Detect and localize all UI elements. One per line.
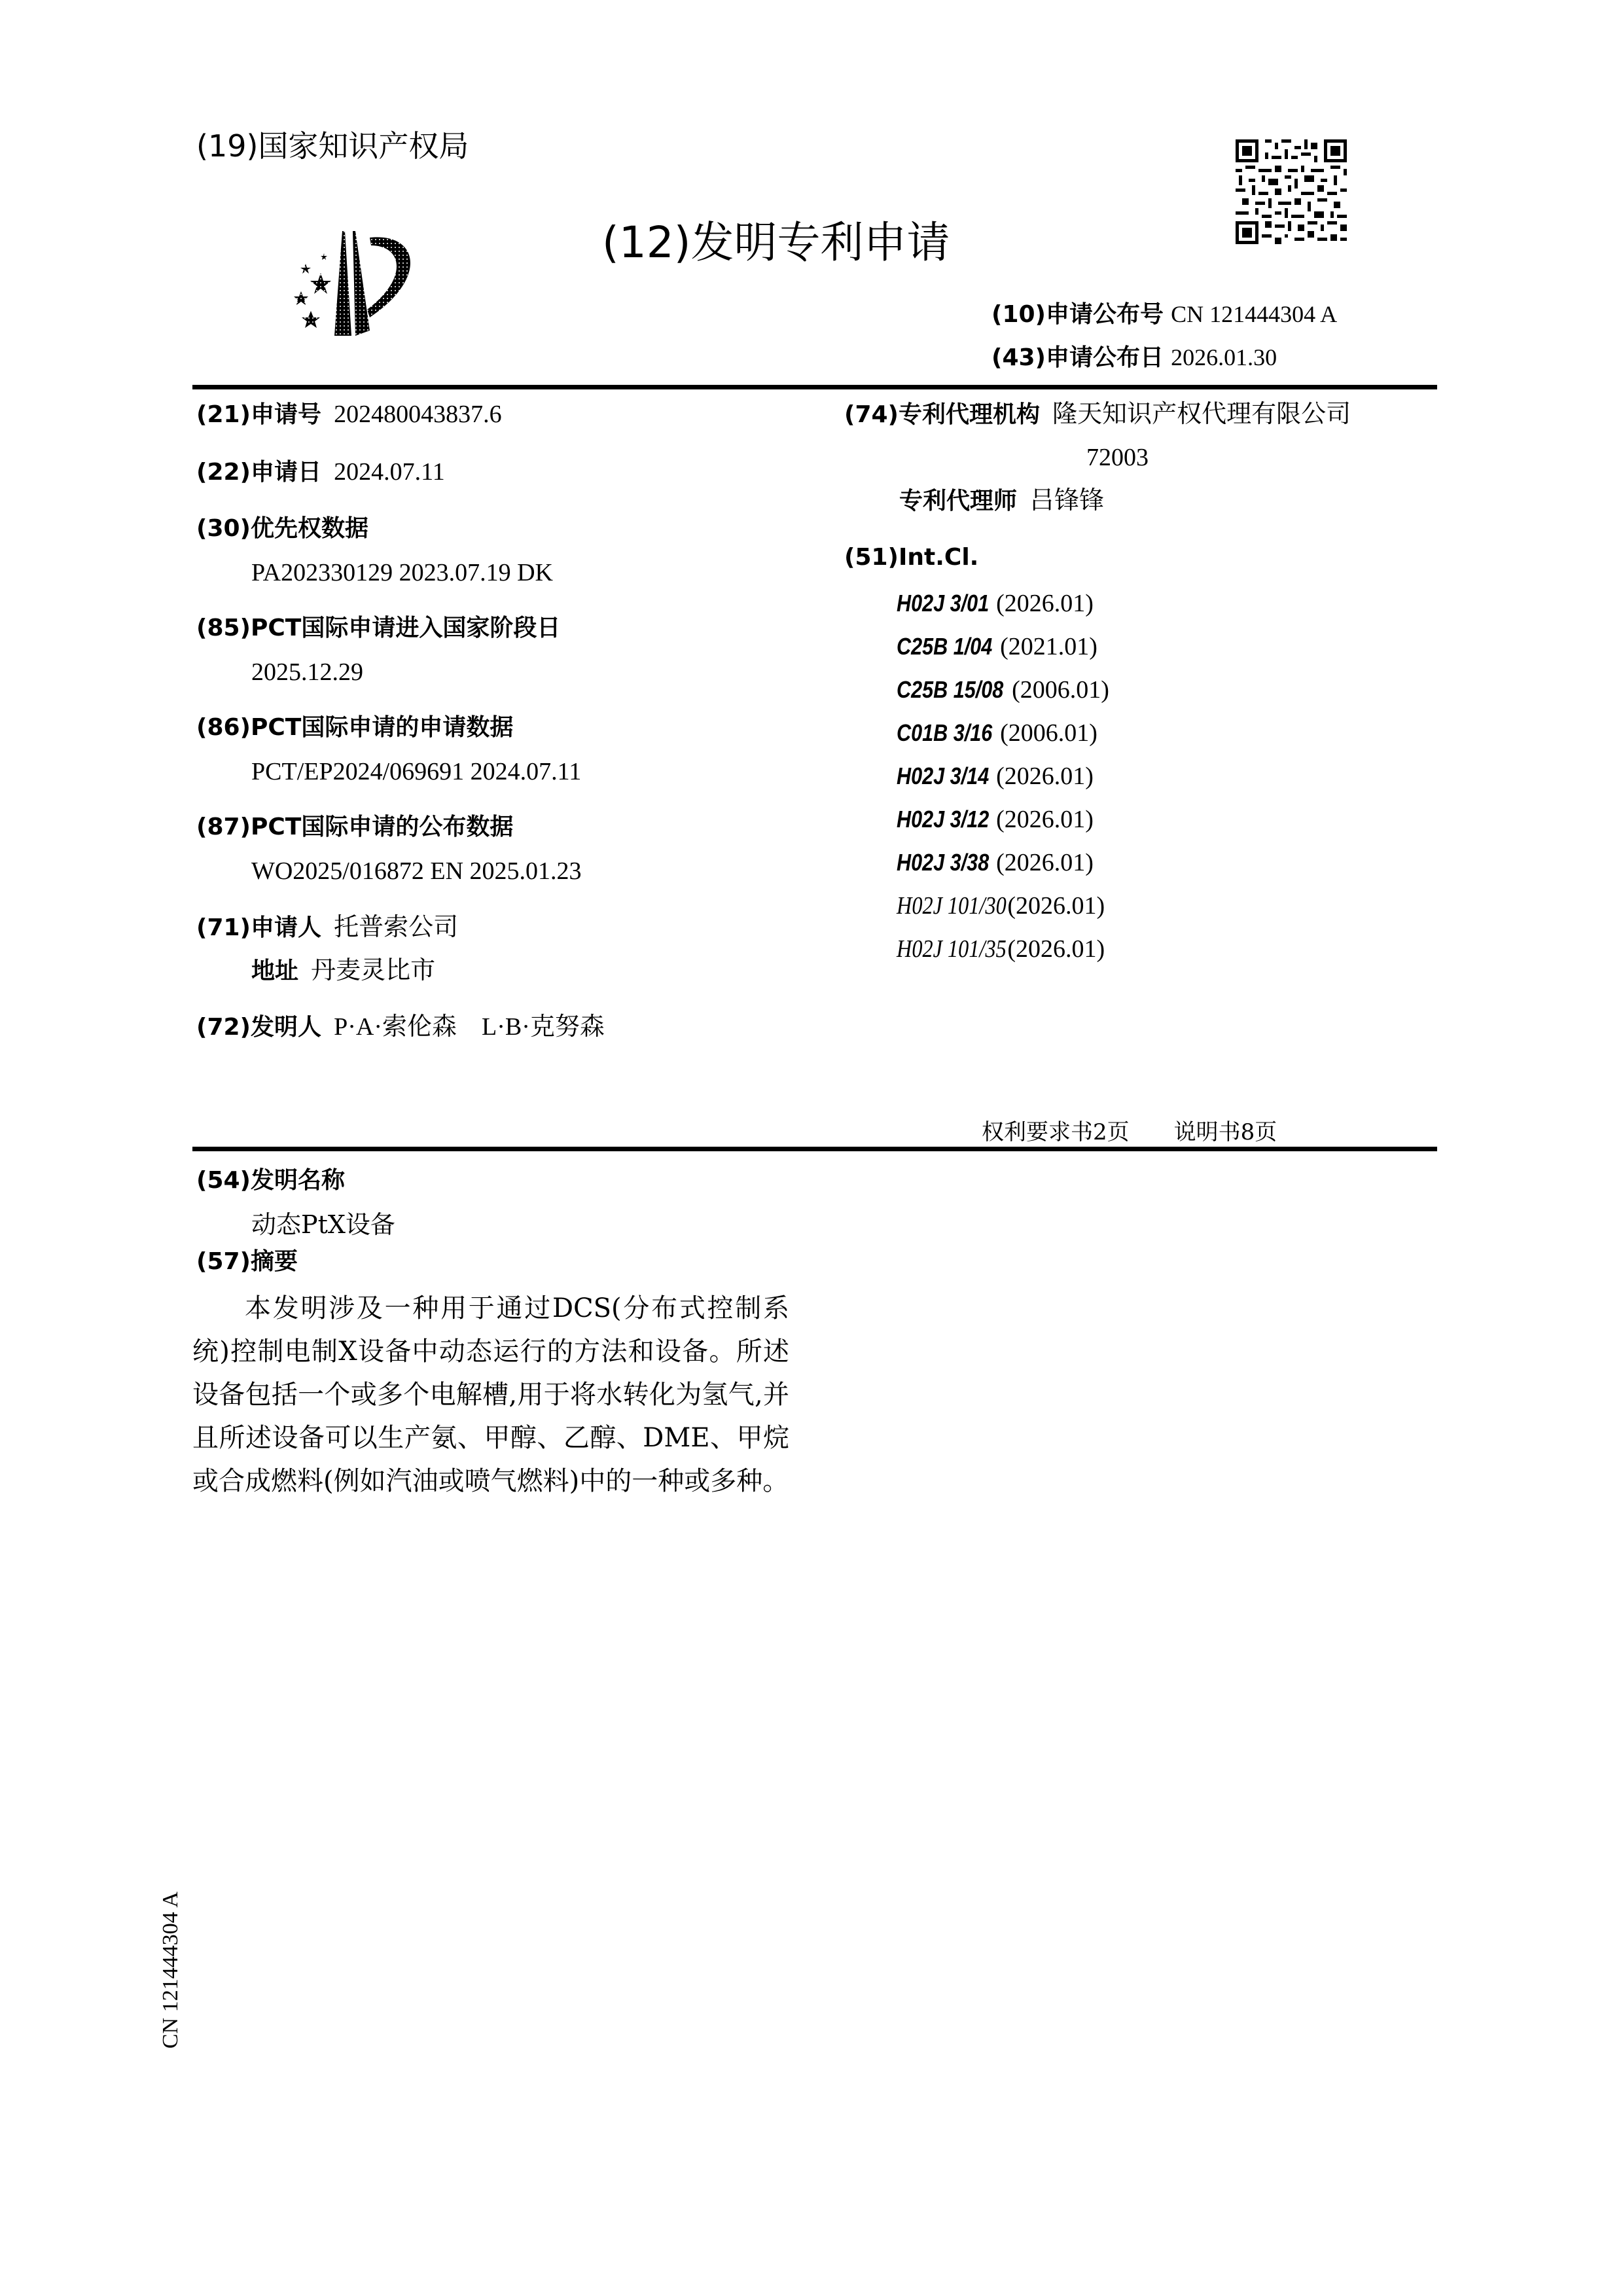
priority-label: (30)优先权数据 xyxy=(196,517,368,541)
ipc-version: (2026.01) xyxy=(1007,935,1105,963)
ipc-code: H02J 101/30 xyxy=(897,891,1007,920)
ipc-row: C01B 3/16(2006.01) xyxy=(897,719,1097,747)
agent-name: 吕锋锋 xyxy=(1029,487,1104,514)
publication-number-row: (10)申请公布号 CN 121444304 A xyxy=(991,302,1337,327)
priority-data: PA202330129 2023.07.19 DK xyxy=(251,560,553,585)
ipc-row: H02J 3/14(2026.01) xyxy=(897,762,1094,791)
ipc-code: H02J 3/38 xyxy=(897,849,989,876)
ipc-row: H02J 3/38(2026.01) xyxy=(897,848,1094,877)
agent-label: 专利代理师 xyxy=(899,488,1017,514)
ipc-row: H02J 101/35(2026.01) xyxy=(897,935,1105,963)
ipc-row: H02J 101/30(2026.01) xyxy=(897,891,1105,920)
filing-date: 2024.07.11 xyxy=(334,458,445,486)
ipc-code: C25B 1/04 xyxy=(897,633,992,660)
address-label: 地址 xyxy=(251,958,298,984)
publication-number: CN 121444304 A xyxy=(1171,301,1337,327)
ipc-code: H02J 101/35 xyxy=(897,935,1007,963)
agent-row: 专利代理师 吕锋锋 xyxy=(899,488,1104,513)
ipc-code: H02J 3/14 xyxy=(897,762,989,790)
applicant-name: 托普索公司 xyxy=(334,914,458,941)
ipc-version: (2026.01) xyxy=(996,806,1094,833)
filing-date-label: (22)申请日 xyxy=(196,459,321,486)
publication-number-label: (10)申请公布号 xyxy=(991,301,1164,328)
applicant-label: (71)申请人 xyxy=(196,914,321,941)
page-counts: 权利要求书2页 说明书8页 xyxy=(982,1114,1277,1146)
inventors-names: P·A·索伦森 L·B·克努森 xyxy=(334,1013,605,1041)
application-number-label: (21)申请号 xyxy=(196,401,321,428)
inventors-row: (72)发明人 P·A·索伦森 L·B·克努森 xyxy=(196,1014,605,1039)
ipc-label: (51)Int.Cl. xyxy=(844,546,978,569)
ipc-row: C25B 1/04(2021.01) xyxy=(897,632,1097,661)
ipc-version: (2006.01) xyxy=(1012,676,1109,704)
address-row: 地址 丹麦灵比市 xyxy=(251,958,435,983)
side-publication-number-text: CN 121444304 A xyxy=(158,1892,183,2049)
ipc-code: C25B 15/08 xyxy=(897,676,1003,704)
ipc-row: C25B 15/08(2006.01) xyxy=(897,675,1109,704)
agency-code: 72003 xyxy=(1086,445,1149,470)
pct-publication-label: (87)PCT国际申请的公布数据 xyxy=(196,816,513,839)
application-number: 202480043837.6 xyxy=(334,401,502,428)
side-publication-number: CN 121444304 A xyxy=(158,1826,185,2049)
office-name: (19)国家知识产权局 xyxy=(196,131,469,161)
filing-date-row: (22)申请日 2024.07.11 xyxy=(196,459,445,484)
abstract-text: 本发明涉及一种用于通过DCS(分布式控制系统)控制电制X设备中动态运行的方法和设… xyxy=(192,1287,789,1503)
publication-date-label: (43)申请公布日 xyxy=(991,344,1164,371)
qr-code-icon[interactable] xyxy=(1236,139,1347,244)
bottom-divider xyxy=(192,1147,1437,1151)
agency-label: (74)专利代理机构 xyxy=(844,401,1040,428)
document-type-title: (12)发明专利申请 xyxy=(602,221,950,264)
pct-application-label: (86)PCT国际申请的申请数据 xyxy=(196,716,513,740)
ipc-version: (2021.01) xyxy=(1000,633,1097,660)
applicant-row: (71)申请人 托普索公司 xyxy=(196,915,458,940)
agency-row: (74)专利代理机构 隆天知识产权代理有限公司 xyxy=(844,402,1351,427)
top-divider xyxy=(192,385,1437,389)
publication-date-row: (43)申请公布日 2026.01.30 xyxy=(991,346,1277,370)
ipc-row: H02J 3/01(2026.01) xyxy=(897,589,1094,618)
pct-publication-data: WO2025/016872 EN 2025.01.23 xyxy=(251,859,582,884)
ipc-version: (2026.01) xyxy=(1007,892,1105,920)
ipc-row: H02J 3/12(2026.01) xyxy=(897,805,1094,834)
ipc-code: H02J 3/12 xyxy=(897,806,989,833)
ipc-version: (2026.01) xyxy=(996,762,1094,790)
pct-national-phase-label: (85)PCT国际申请进入国家阶段日 xyxy=(196,617,560,640)
pct-national-phase-date: 2025.12.29 xyxy=(251,660,363,685)
cnipa-logo-icon xyxy=(272,226,416,338)
ipc-version: (2006.01) xyxy=(1000,719,1097,747)
abstract-label: (57)摘要 xyxy=(196,1250,298,1274)
invention-title-label: (54)发明名称 xyxy=(196,1169,345,1193)
ipc-code: C01B 3/16 xyxy=(897,719,992,747)
address-value: 丹麦灵比市 xyxy=(311,957,435,984)
inventors-label: (72)发明人 xyxy=(196,1014,321,1041)
agency-name: 隆天知识产权代理有限公司 xyxy=(1052,401,1351,428)
application-number-row: (21)申请号 202480043837.6 xyxy=(196,402,502,427)
ipc-version: (2026.01) xyxy=(996,849,1094,876)
ipc-code: H02J 3/01 xyxy=(897,590,989,617)
publication-date: 2026.01.30 xyxy=(1171,344,1277,370)
invention-title: 动态PtX设备 xyxy=(251,1212,395,1237)
pct-application-data: PCT/EP2024/069691 2024.07.11 xyxy=(251,759,581,784)
ipc-version: (2026.01) xyxy=(996,590,1094,617)
